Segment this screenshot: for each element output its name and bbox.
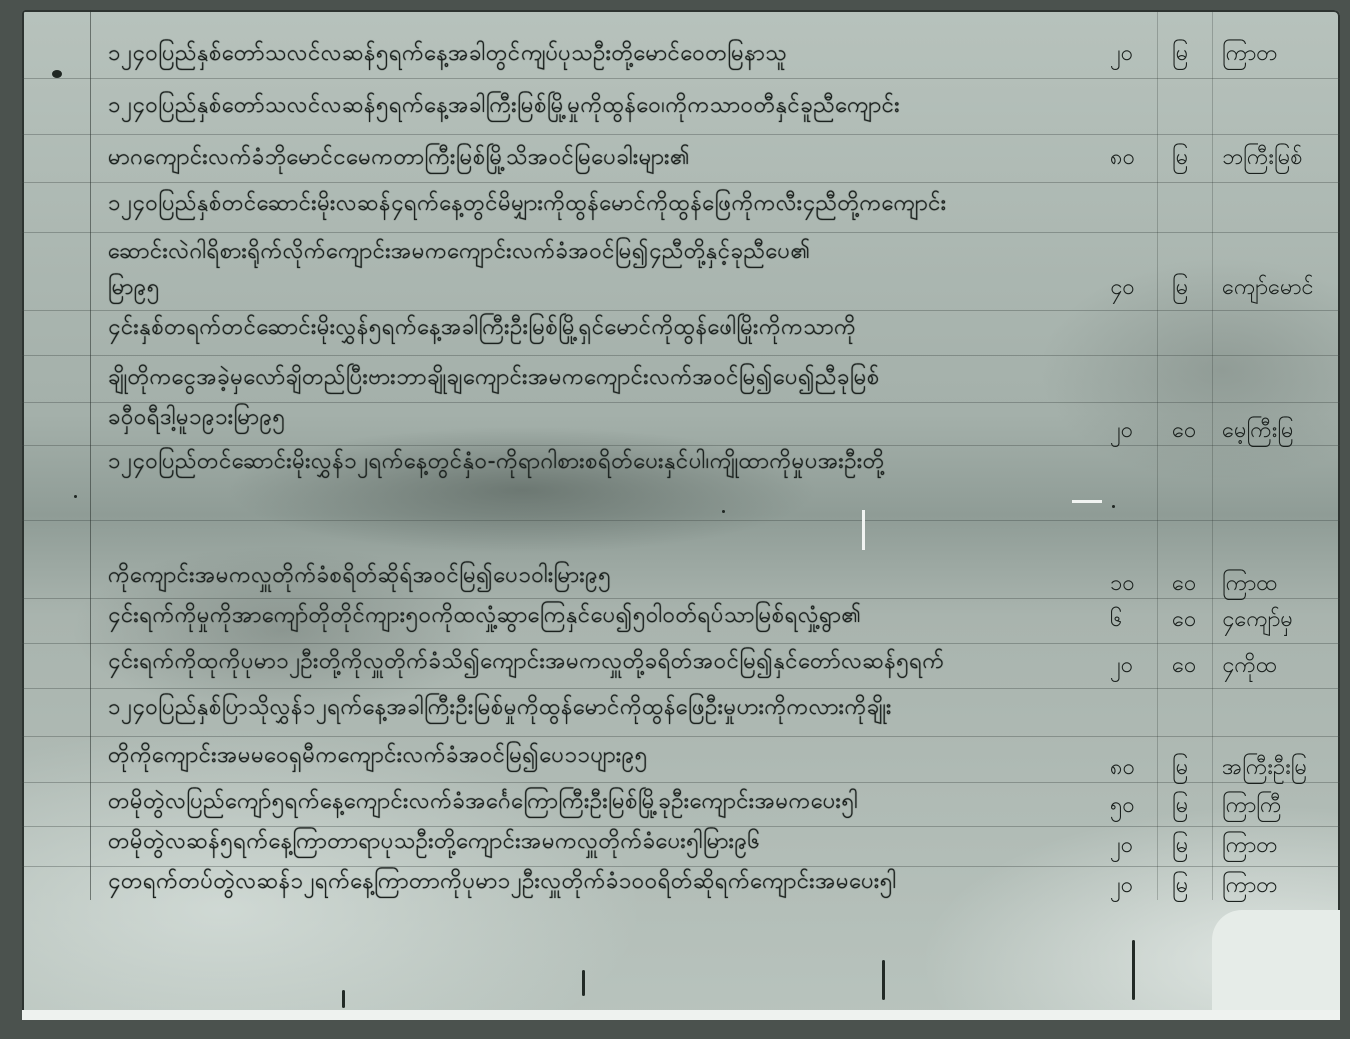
manuscript-line: ဆောင်းလဲဂါရိစားရိုက်လိုက်ကျောင်းအမကကျောင… [108, 236, 811, 269]
margin-mark: ဝေ [1172, 604, 1196, 637]
manuscript-line: ချိုတိုကငွေအခဲ့မှလော်ချိတည်ပြီးဗားဘာချို… [108, 362, 880, 395]
margin-mark: မြ [1172, 752, 1188, 785]
margin-name: ကြာတ [1222, 870, 1278, 903]
margin-name: ၄ကိုထ [1222, 650, 1277, 683]
ruled-line [22, 520, 1340, 521]
margin-name: ကြာတ [1222, 830, 1278, 863]
margin-mark: မြ [1172, 38, 1188, 71]
ruled-line [22, 736, 1340, 737]
margin-mark: ဝေ [1172, 568, 1196, 601]
manuscript-line: ၁၂၄၀ပြည်နှစ်တော်သလင်လဆန်၅ရက်နေ့အခါကြီးမြ… [108, 90, 900, 123]
margin-mark: မြ [1172, 870, 1188, 903]
margin-number: ၂၀ [1110, 650, 1133, 683]
ink-speck [52, 70, 62, 78]
ink-blot [342, 990, 345, 1008]
margin-number: ၂၀ [1110, 38, 1133, 71]
margin-name: ကျော်မောင် [1222, 272, 1314, 305]
manuscript-line: ကိုကျောင်းအမကလှူတိုက်ခံစရိတ်ဆိုရ်အဝင်မြ၍… [108, 560, 611, 593]
manuscript-line: ၄တရက်တပ်တွဲလဆန်၁၂ရက်နေ့ကြာတာကိုပုမာ၁၂ဦးလ… [108, 866, 897, 899]
margin-name: မေ့ကြီးမြ [1222, 415, 1294, 448]
margin-number: ၆ [1110, 604, 1122, 637]
margin-number: ၂၀ [1110, 830, 1133, 863]
margin-mark: မြ [1172, 272, 1188, 305]
manuscript-page: ၁၂၄၀ပြည်နှစ်တော်သလင်လဆန်၅ရက်နေ့အခါတွင်ကျ… [22, 10, 1340, 1020]
ruled-line [22, 782, 1340, 783]
manuscript-line: ၁၂၄၀ပြည်တင်ဆောင်းမိုးလွှန်၁၂ရက်နေ့တွင်နှ… [108, 446, 885, 479]
margin-mark: မြ [1172, 142, 1188, 175]
margin-column-rule [1157, 10, 1158, 900]
ruled-line [22, 134, 1340, 135]
manuscript-line: ၄င်းရက်ကိုထုကိုပုမာ၁၂ဦးတို့ကိုလှူတိုက်ခံ… [108, 646, 945, 679]
ink-blot [1132, 940, 1135, 1000]
manuscript-line: ၁၂၄၀ပြည်နှစ်တင်ဆောင်းမိုးလဆန်၄ရက်နေ့တွင်… [108, 188, 947, 221]
manuscript-line: မာဂကျောင်းလက်ခံဘိုမောင်ငမေကတာကြီးမြစ်မြိ… [108, 142, 690, 175]
manuscript-line: မြာ၉၅ [108, 272, 160, 305]
manuscript-line: ၁၂၄၀ပြည်နှစ်ပြာသိုလွှန်၁၂ရက်နေ့အခါကြီးဦး… [108, 692, 892, 725]
ruled-line [22, 310, 1340, 311]
ruled-line [22, 78, 1340, 79]
ink-speck [1112, 505, 1115, 508]
margin-number: ၄၀ [1110, 272, 1135, 305]
paper-damage [1072, 500, 1102, 503]
ink-speck [722, 510, 725, 513]
margin-number: ၁၀ [1110, 568, 1135, 601]
ruled-line [22, 355, 1340, 356]
manuscript-line: တမိုတွဲလဆန်၅ရက်နေ့ကြာတာရာပုသဦးတို့ကျောင်… [108, 826, 761, 859]
manuscript-line: တမိုတွဲလပြည်ကျော်၅ရက်နေ့ကျောင်းလက်ခံအင်္… [108, 786, 858, 819]
ink-speck [74, 495, 77, 498]
ruled-line [22, 232, 1340, 233]
margin-mark: မြ [1172, 790, 1188, 823]
margin-number: ၈၀ [1110, 752, 1135, 785]
ruled-line [22, 182, 1340, 183]
manuscript-line: ၄င်းရက်ကိုမှုကိုအာကျော်တိုတိုင်ကျား၅၀ကို… [108, 600, 862, 633]
manuscript-line: တိုကိုကျောင်းအမမဝေရှမီကကျောင်းလက်ခံအဝင်မ… [108, 740, 648, 773]
margin-mark: မြ [1172, 830, 1188, 863]
margin-number: ၂၀ [1110, 415, 1133, 448]
paper-damage [862, 510, 865, 550]
manuscript-line: ၄င်းနှစ်တရက်တင်ဆောင်းမိုးလွှန်၅ရက်နေ့အခါ… [108, 312, 856, 345]
manuscript-line: ခဝှီဝရီဒါ့မူ၁၉၁းမြာ၉၅ [108, 402, 286, 435]
margin-name: ဘကြီးမြစ် [1222, 142, 1303, 175]
margin-name: အကြီးဦးမြ [1222, 752, 1307, 785]
margin-name: ၄ကျော်မှ [1222, 604, 1293, 637]
ink-blot [582, 970, 585, 996]
paper-edge [22, 1010, 1340, 1020]
margin-number: ၅၀ [1110, 790, 1135, 823]
margin-column-rule [1212, 10, 1213, 900]
margin-mark: ဝေ [1172, 650, 1196, 683]
margin-number: ၈၀ [1110, 142, 1135, 175]
ruled-line [22, 598, 1340, 599]
ruled-line [22, 643, 1340, 644]
ruled-line [22, 688, 1340, 689]
margin-name: ကြာထ [1222, 568, 1278, 601]
margin-mark: ဝေ [1172, 415, 1196, 448]
margin-name: ကြာကြီ [1222, 790, 1282, 823]
manuscript-line: ၁၂၄၀ပြည်နှစ်တော်သလင်လဆန်၅ရက်နေ့အခါတွင်ကျ… [108, 38, 787, 71]
margin-name: ကြာတ [1222, 38, 1278, 71]
left-margin-rule [90, 10, 91, 900]
paper-damage [1212, 910, 1340, 1010]
margin-number: ၂၀ [1110, 870, 1133, 903]
ink-blot [882, 960, 885, 1000]
